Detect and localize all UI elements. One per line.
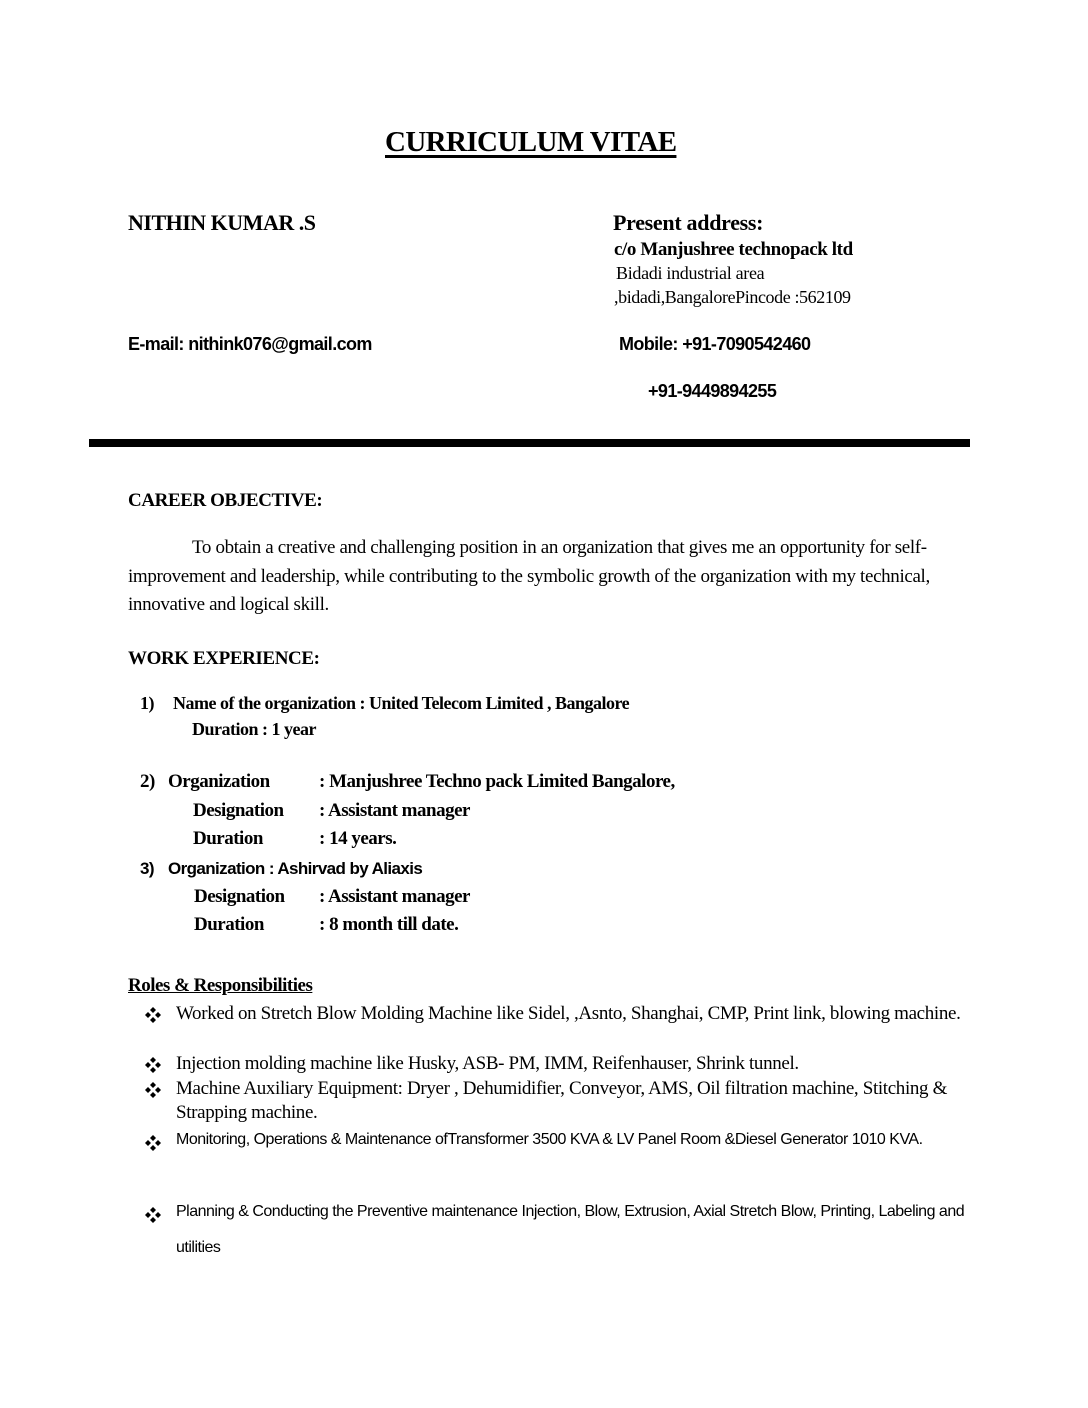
address-line-2: Bidadi industrial area — [616, 263, 764, 284]
role-text: Monitoring, Operations & Maintenance ofT… — [176, 1122, 966, 1158]
diamond-bullet-icon — [144, 1134, 162, 1152]
experience-1-organization: Name of the organization : United Teleco… — [173, 693, 629, 714]
roles-heading: Roles & Responsibilities — [128, 975, 312, 997]
career-objective-text: To obtain a creative and challenging pos… — [128, 534, 978, 620]
experience-1-number: 1) — [140, 693, 154, 714]
diamond-bullet-icon — [144, 1081, 162, 1099]
experience-2-designation-value: : Assistant manager — [319, 800, 470, 822]
experience-3-duration-label: Duration — [194, 914, 264, 936]
diamond-bullet-icon — [144, 1206, 162, 1224]
experience-1-duration: Duration : 1 year — [192, 719, 316, 740]
experience-2-organization-label: Organization — [168, 771, 270, 793]
address-line-3: ,bidadi,BangalorePincode :562109 — [614, 287, 851, 308]
career-objective-heading: CAREER OBJECTIVE: — [128, 490, 322, 512]
address-heading: Present address: — [613, 210, 763, 236]
experience-2-duration-value: : 14 years. — [319, 828, 396, 850]
diamond-bullet-icon — [144, 1006, 162, 1024]
mobile-secondary: +91-9449894255 — [648, 381, 776, 402]
experience-3-number: 3) — [140, 859, 154, 879]
work-experience-heading: WORK EXPERIENCE: — [128, 648, 320, 670]
email-text: E-mail: nithink076@gmail.com — [128, 334, 372, 355]
address-line-1: c/o Manjushree technopack ltd — [614, 239, 853, 261]
role-text: Planning & Conducting the Preventive mai… — [176, 1194, 966, 1266]
experience-3-duration-value: : 8 month till date. — [319, 914, 458, 936]
experience-2-designation-label: Designation — [193, 800, 284, 822]
horizontal-divider — [89, 439, 970, 447]
role-text: Worked on Stretch Blow Molding Machine l… — [176, 1002, 966, 1026]
candidate-name: NITHIN KUMAR .S — [128, 210, 315, 236]
document-title: CURRICULUM VITAE — [385, 126, 676, 159]
diamond-bullet-icon — [144, 1056, 162, 1074]
career-objective-body: To obtain a creative and challenging pos… — [128, 537, 930, 615]
role-text: Injection molding machine like Husky, AS… — [176, 1052, 966, 1076]
experience-3-designation-value: : Assistant manager — [319, 886, 470, 908]
role-text: Machine Auxiliary Equipment: Dryer , Deh… — [176, 1077, 966, 1124]
experience-2-duration-label: Duration — [193, 828, 263, 850]
experience-2-organization-value: : Manjushree Techno pack Limited Bangalo… — [319, 771, 675, 793]
experience-3-organization: Organization : Ashirvad by Aliaxis — [168, 859, 422, 879]
experience-2-number: 2) — [140, 771, 155, 793]
mobile-primary: Mobile: +91-7090542460 — [619, 334, 810, 355]
experience-3-designation-label: Designation — [194, 886, 285, 908]
